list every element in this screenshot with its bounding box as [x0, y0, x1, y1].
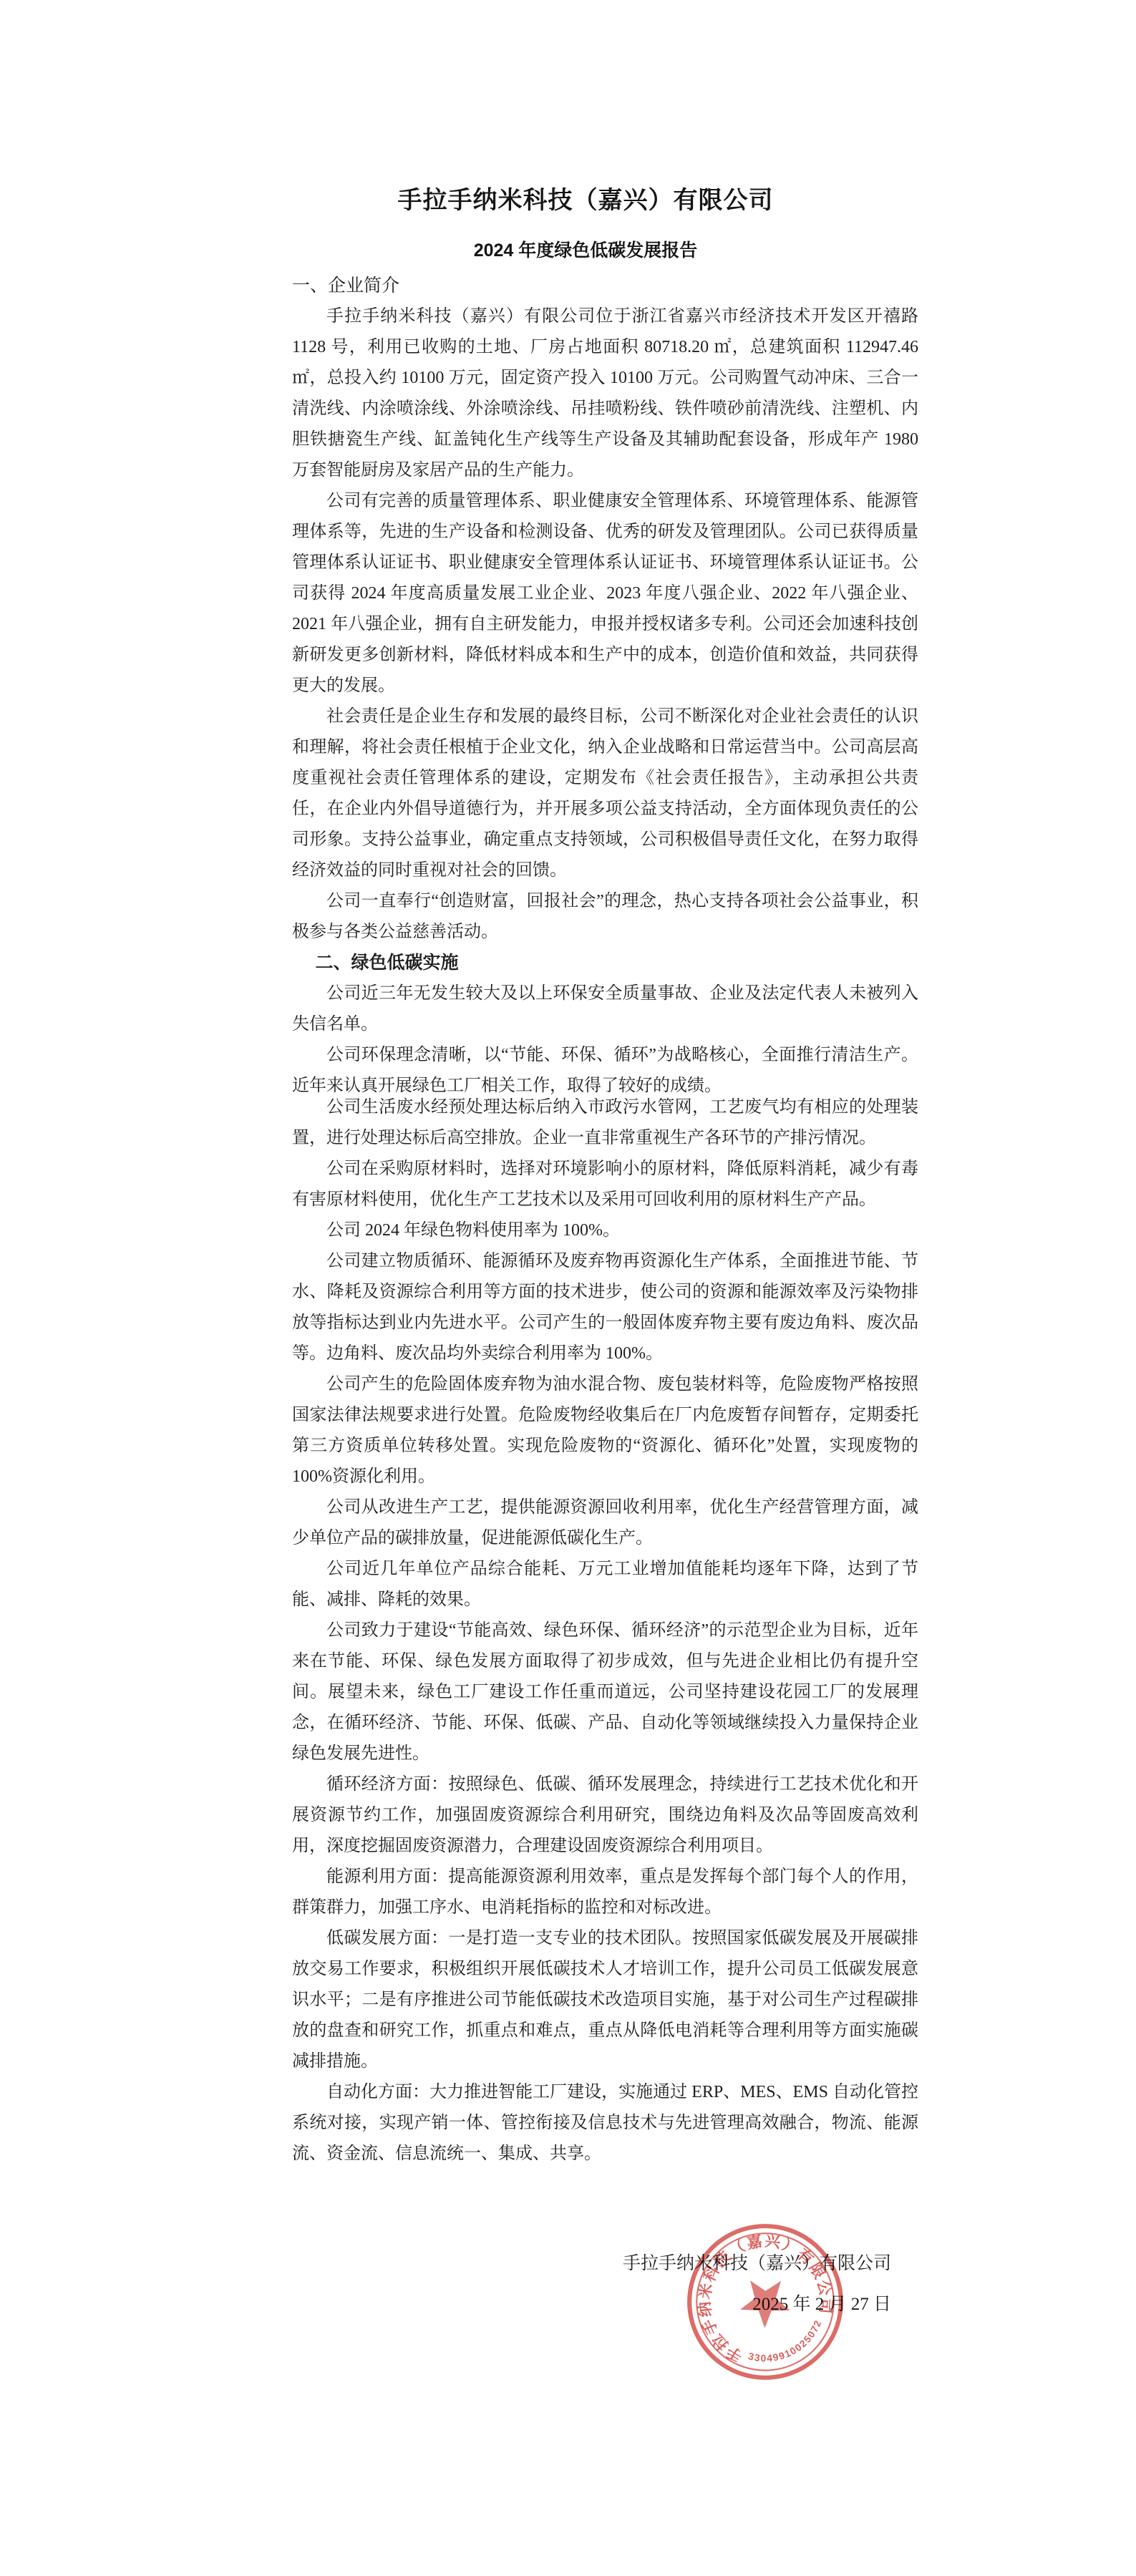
paragraph: 低碳发展方面：一是打造一支专业的技术团队。按照国家低碳发展及开展碳排放交易工作要…: [292, 1923, 918, 2077]
paragraph: 公司产生的危险固体废弃物为油水混合物、废包装材料等，危险废物严格按照国家法律法规…: [292, 1369, 918, 1492]
paragraph: 公司有完善的质量管理体系、职业健康安全管理体系、环境管理体系、能源管理体系等，先…: [292, 486, 918, 701]
company-seal: 手拉手纳米科技（嘉兴）有限公司 33049910025072: [684, 2220, 847, 2383]
document-body: 手拉手纳米科技（嘉兴）有限公司 2024 年度绿色低碳发展报告 一、企业简介 手…: [292, 0, 918, 2320]
document-subtitle: 2024 年度绿色低碳发展报告: [292, 238, 918, 263]
paragraph: 公司 2024 年绿色物料使用率为 100%。: [292, 1215, 918, 1246]
paragraph: 手拉手纳米科技（嘉兴）有限公司位于浙江省嘉兴市经济技术开发区开禧路 1128 号…: [292, 301, 918, 486]
report-page: 手拉手纳米科技（嘉兴）有限公司 2024 年度绿色低碳发展报告 一、企业简介 手…: [0, 0, 1136, 2576]
paragraph: 循环经济方面：按照绿色、低碳、循环发展理念，持续进行工艺技术优化和开展资源节约工…: [292, 1769, 918, 1862]
paragraph: 自动化方面：大力推进智能工厂建设，实施通过 ERP、MES、EMS 自动化管控系…: [292, 2077, 918, 2169]
paragraph: 公司近几年单位产品综合能耗、万元工业增加值能耗均逐年下降，达到了节能、减排、降耗…: [292, 1554, 918, 1615]
paragraph: 能源利用方面：提高能源资源利用效率，重点是发挥每个部门每个人的作用，群策群力，加…: [292, 1862, 918, 1923]
paragraph: 公司从改进生产工艺，提供能源资源回收利用率，优化生产经营管理方面，减少单位产品的…: [292, 1492, 918, 1554]
paragraph: 公司生活废水经预处理达标后纳入市政污水管网，工艺废气均有相应的处理装置，进行处理…: [292, 1092, 918, 1154]
paragraph: 公司建立物质循环、能源循环及废弃物再资源化生产体系，全面推进节能、节水、降耗及资…: [292, 1246, 918, 1369]
paragraph: 公司近三年无发生较大及以上环保安全质量事故、企业及法定代表人未被列入失信名单。: [292, 978, 918, 1040]
document-title: 手拉手纳米科技（嘉兴）有限公司: [292, 185, 918, 216]
star-icon: [729, 2266, 797, 2333]
paragraph: 公司在采购原材料时，选择对环境影响小的原材料，降低原料消耗，减少有毒有害原材料使…: [292, 1154, 918, 1215]
paragraph: 公司致力于建设“节能高效、绿色环保、循环经济”的示范型企业为目标，近年来在节能、…: [292, 1615, 918, 1769]
document-text: 一、企业简介 手拉手纳米科技（嘉兴）有限公司位于浙江省嘉兴市经济技术开发区开禧路…: [292, 271, 918, 2169]
section-heading-green-lowcarbon: 二、绿色低碳实施: [292, 948, 918, 978]
paragraph: 社会责任是企业生存和发展的最终目标，公司不断深化对企业社会责任的认识和理解，将社…: [292, 701, 918, 886]
paragraph: 公司一直奉行“创造财富，回报社会”的理念，热心支持各项社会公益事业，积极参与各类…: [292, 886, 918, 948]
section-heading-company-profile: 一、企业简介: [292, 271, 918, 301]
